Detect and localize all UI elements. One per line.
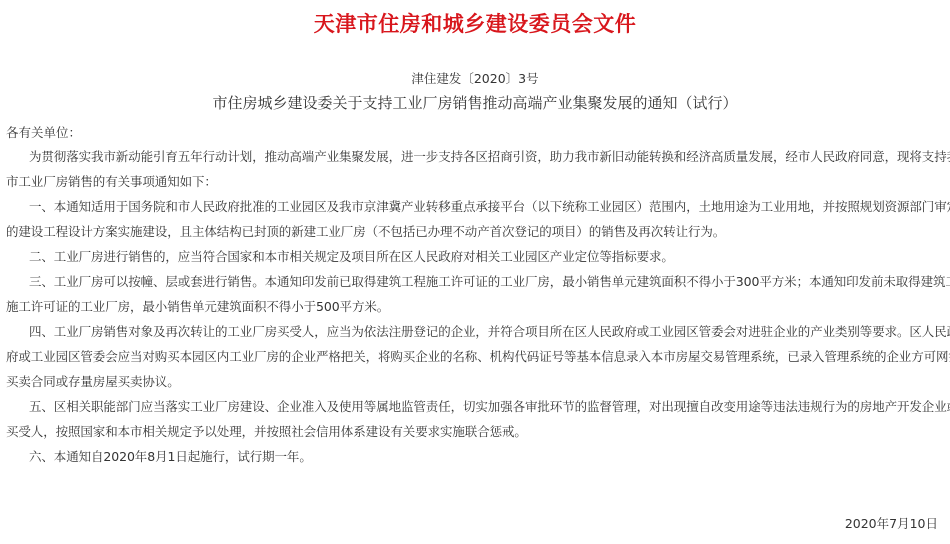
paragraph-item-2: 二、工业厂房进行销售的，应当符合国家和本市相关规定及项目所在区人民政府对相关工业…	[6, 248, 946, 273]
text-line: 买卖合同或存量房屋买卖协议。	[6, 373, 946, 398]
text-line: 为贯彻落实我市新动能引育五年行动计划，推动高端产业集聚发展，进一步支持各区招商引…	[6, 148, 946, 173]
text-line: 府或工业园区管委会应当对购买本园区内工业厂房的企业严格把关，将购买企业的名称、机…	[6, 348, 946, 373]
text-line: 三、工业厂房可以按幢、层或套进行销售。本通知印发前已取得建筑工程施工许可证的工业…	[6, 273, 946, 298]
paragraph-item-6: 六、本通知自2020年8月1日起施行，试行期一年。	[6, 448, 946, 473]
document-title: 市住房城乡建设委关于支持工业厂房销售推动高端产业集聚发展的通知（试行）	[0, 92, 950, 114]
text-line: 二、工业厂房进行销售的，应当符合国家和本市相关规定及项目所在区人民政府对相关工业…	[6, 248, 946, 273]
paragraph-item-5: 五、区相关职能部门应当落实工业厂房建设、企业准入及使用等属地监管责任，切实加强各…	[6, 398, 946, 448]
text-line: 的建设工程设计方案实施建设，且主体结构已封顶的新建工业厂房（不包括已办理不动产首…	[6, 223, 946, 248]
paragraph-item-1: 一、本通知适用于国务院和市人民政府批准的工业园区及我市京津冀产业转移重点承接平台…	[6, 198, 946, 248]
salutation: 各有关单位：	[6, 124, 81, 142]
text-line: 市工业厂房销售的有关事项通知如下：	[6, 173, 946, 198]
text-line: 施工许可证的工业厂房，最小销售单元建筑面积不得小于500平方米。	[6, 298, 946, 323]
text-line: 五、区相关职能部门应当落实工业厂房建设、企业准入及使用等属地监管责任，切实加强各…	[6, 398, 946, 423]
paragraph-item-4: 四、工业厂房销售对象及再次转让的工业厂房买受人，应当为依法注册登记的企业，并符合…	[6, 323, 946, 398]
signature-date: 2020年7月10日	[845, 515, 938, 533]
document-number: 津住建发〔2020〕3号	[0, 70, 950, 88]
text-line: 买受人，按照国家和本市相关规定予以处理，并按照社会信用体系建设有关要求实施联合惩…	[6, 423, 946, 448]
document-body: 为贯彻落实我市新动能引育五年行动计划，推动高端产业集聚发展，进一步支持各区招商引…	[6, 148, 946, 473]
paragraph-item-3: 三、工业厂房可以按幢、层或套进行销售。本通知印发前已取得建筑工程施工许可证的工业…	[6, 273, 946, 323]
text-line: 四、工业厂房销售对象及再次转让的工业厂房买受人，应当为依法注册登记的企业，并符合…	[6, 323, 946, 348]
issuer-header: 天津市住房和城乡建设委员会文件	[0, 10, 950, 38]
text-line: 一、本通知适用于国务院和市人民政府批准的工业园区及我市京津冀产业转移重点承接平台…	[6, 198, 946, 223]
paragraph-intro: 为贯彻落实我市新动能引育五年行动计划，推动高端产业集聚发展，进一步支持各区招商引…	[6, 148, 946, 198]
text-line: 六、本通知自2020年8月1日起施行，试行期一年。	[6, 448, 946, 473]
